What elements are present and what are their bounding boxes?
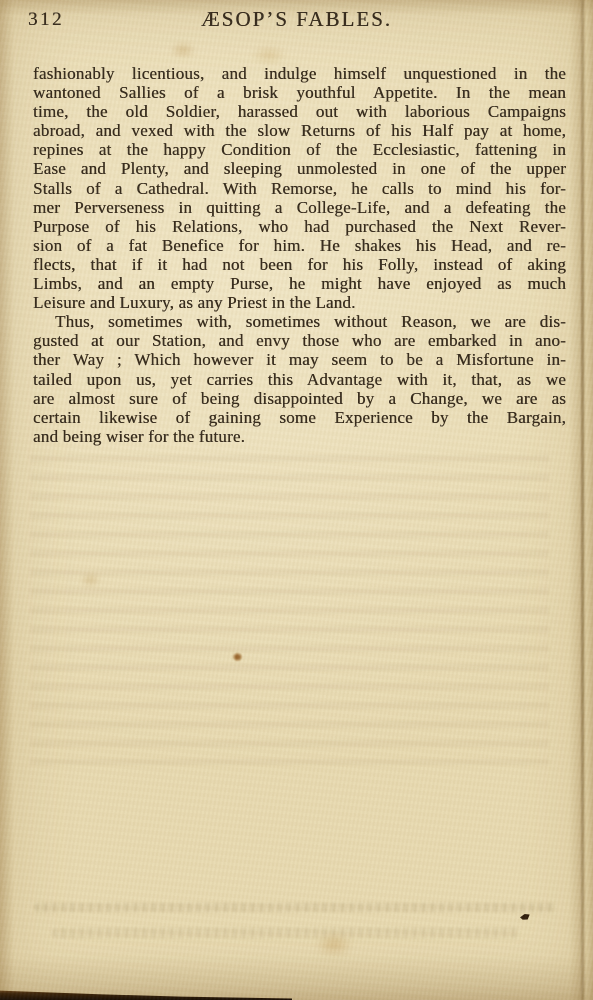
paper-stain	[166, 39, 200, 61]
text-line: Ease and Plenty, and sleeping unmolested…	[33, 159, 566, 178]
reverse-side-showthrough-line	[52, 928, 520, 938]
page-text: fashionably licentious, and indulge hims…	[33, 64, 566, 446]
reverse-side-showthrough	[30, 455, 549, 765]
text-line: tailed upon us, yet carries this Advanta…	[33, 370, 566, 389]
paper-stain	[231, 651, 244, 663]
reverse-side-showthrough-line	[34, 903, 556, 912]
text-line: wantoned Sallies of a brisk youthful App…	[33, 83, 566, 102]
text-line: gusted at our Station, and envy those wh…	[33, 331, 566, 350]
paper-stain	[310, 929, 358, 960]
text-line: flects, that if it had not been for his …	[33, 255, 566, 274]
running-title: ÆSOP’S FABLES.	[0, 7, 593, 32]
bottom-edge-shadow	[0, 988, 292, 1000]
text-line: are almost sure of being disappointed by…	[33, 389, 566, 408]
text-line: Stalls of a Cathedral. With Remorse, he …	[33, 179, 566, 198]
text-line: repines at the happy Condition of the Ec…	[33, 140, 566, 159]
text-line: abroad, and vexed with the slow Returns …	[33, 121, 566, 140]
book-page: 312 ÆSOP’S FABLES. fashionably licentiou…	[0, 0, 593, 1000]
paper-stain	[77, 570, 104, 590]
page-edge-crease	[581, 0, 584, 1000]
ink-speck	[520, 913, 531, 920]
page-header: 312 ÆSOP’S FABLES.	[0, 0, 593, 40]
text-line: fashionably licentious, and indulge hims…	[33, 64, 566, 83]
text-line: Leisure and Luxury, as any Priest in the…	[33, 293, 566, 312]
page-edge-right	[569, 0, 593, 1000]
text-line: sion of a fat Benefice for him. He shake…	[33, 236, 566, 255]
text-line: time, the old Soldier, harassed out with…	[33, 102, 566, 121]
text-line: Limbs, and an empty Purse, he might have…	[33, 274, 566, 293]
text-line: ther Way ; Which however it may seem to …	[33, 350, 566, 369]
text-line: mer Perverseness in quitting a College-L…	[33, 198, 566, 217]
text-line: Thus, sometimes with, sometimes without …	[33, 312, 566, 331]
text-line: Purpose of his Relations, who had purcha…	[33, 217, 566, 236]
text-line: and being wiser for the future.	[33, 427, 566, 446]
text-line: certain likewise of gaining some Experie…	[33, 408, 566, 427]
